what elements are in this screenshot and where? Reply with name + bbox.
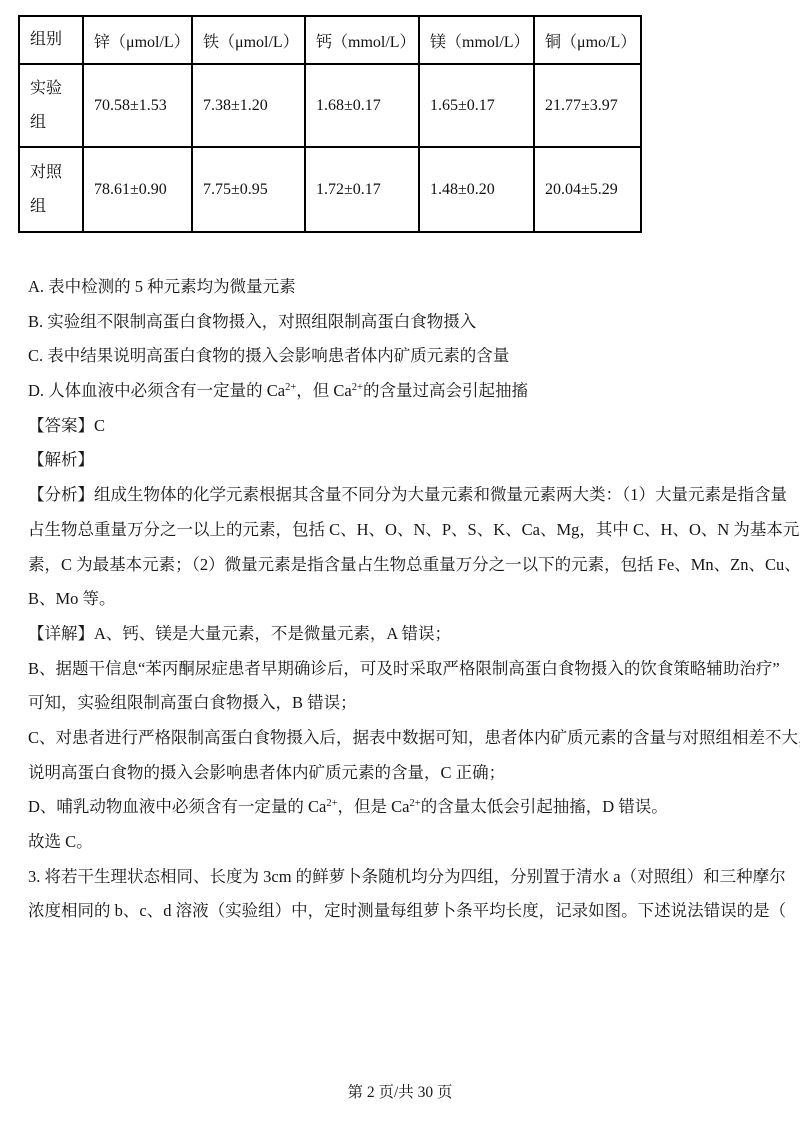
header-group: 组别 bbox=[19, 16, 83, 64]
row-label-control: 对照组 bbox=[19, 147, 83, 232]
option-b: B. 实验组不限制高蛋白食物摄入，对照组限制高蛋白食物摄入 bbox=[28, 305, 780, 340]
mineral-element-table: 组别 锌（μmol/L） 铁（μmol/L） 钙（mmol/L） 镁（mmol/… bbox=[18, 15, 642, 233]
header-zinc: 锌（μmol/L） bbox=[83, 16, 192, 64]
detail-d-text: ，但是 Ca bbox=[338, 797, 410, 816]
cell-exp-zinc: 70.58±1.53 bbox=[83, 64, 192, 147]
conclusion-line: 故选 C。 bbox=[28, 825, 780, 860]
header-copper: 铜（μmo/L） bbox=[534, 16, 641, 64]
cell-exp-iron: 7.38±1.20 bbox=[192, 64, 305, 147]
analysis-line-2: 占生物总重量万分之一以上的元素，包括 C、H、O、N、P、S、K、Ca、Mg，其… bbox=[28, 513, 780, 548]
ca-superscript: 2+ bbox=[285, 382, 296, 393]
option-d-text: ，但 Ca bbox=[296, 381, 351, 400]
cell-exp-copper: 21.77±3.97 bbox=[534, 64, 641, 147]
question3-line-2: 浓度相同的 b、c、d 溶液（实验组）中，定时测量每组萝卜条平均长度，记录如图。… bbox=[28, 894, 780, 929]
cell-ctrl-copper: 20.04±5.29 bbox=[534, 147, 641, 232]
option-a: A. 表中检测的 5 种元素均为微量元素 bbox=[28, 270, 780, 305]
exam-page: 组别 锌（μmol/L） 铁（μmol/L） 钙（mmol/L） 镁（mmol/… bbox=[0, 0, 800, 1128]
cell-ctrl-magnesium: 1.48±0.20 bbox=[419, 147, 534, 232]
cell-ctrl-calcium: 1.72±0.17 bbox=[305, 147, 419, 232]
cell-ctrl-zinc: 78.61±0.90 bbox=[83, 147, 192, 232]
page-number: 第 2 页/共 30 页 bbox=[0, 1080, 800, 1102]
question-body: A. 表中检测的 5 种元素均为微量元素 B. 实验组不限制高蛋白食物摄入，对照… bbox=[28, 270, 780, 929]
option-c: C. 表中结果说明高蛋白食物的摄入会影响患者体内矿质元素的含量 bbox=[28, 339, 780, 374]
cell-exp-magnesium: 1.65±0.17 bbox=[419, 64, 534, 147]
detail-d-text: 的含量太低会引起抽搐，D 错误。 bbox=[421, 797, 668, 816]
header-calcium: 钙（mmol/L） bbox=[305, 16, 419, 64]
detail-line-3: 可知，实验组限制高蛋白食物摄入，B 错误； bbox=[28, 686, 780, 721]
detail-d-text: D、哺乳动物血液中必须含有一定量的 Ca bbox=[28, 797, 326, 816]
table-row-experimental: 实验组 70.58±1.53 7.38±1.20 1.68±0.17 1.65±… bbox=[19, 64, 641, 147]
detail-line-2: B、据题干信息“苯丙酮尿症患者早期确诊后，可及时采取严格限制高蛋白食物摄入的饮食… bbox=[28, 652, 780, 687]
analysis-line-3: 素，C 为最基本元素；（2）微量元素是指含量占生物总重量万分之一以下的元素，包括… bbox=[28, 548, 780, 583]
answer-line: 【答案】C bbox=[28, 409, 780, 444]
detail-line-5: 说明高蛋白食物的摄入会影响患者体内矿质元素的含量，C 正确； bbox=[28, 756, 780, 791]
option-d: D. 人体血液中必须含有一定量的 Ca2+，但 Ca2+的含量过高会引起抽搐 bbox=[28, 374, 780, 409]
ca-superscript: 2+ bbox=[326, 798, 337, 809]
ca-superscript: 2+ bbox=[352, 382, 363, 393]
analysis-line-4: B、Mo 等。 bbox=[28, 582, 780, 617]
question3-line-1: 3. 将若干生理状态相同、长度为 3cm 的鲜萝卜条随机均分为四组，分别置于清水… bbox=[28, 860, 780, 895]
cell-exp-calcium: 1.68±0.17 bbox=[305, 64, 419, 147]
detail-line-4: C、对患者进行严格限制高蛋白食物摄入后，据表中数据可知，患者体内矿质元素的含量与… bbox=[28, 721, 780, 756]
header-iron: 铁（μmol/L） bbox=[192, 16, 305, 64]
cell-ctrl-iron: 7.75±0.95 bbox=[192, 147, 305, 232]
detail-line-1: 【详解】A、钙、镁是大量元素，不是微量元素，A 错误； bbox=[28, 617, 780, 652]
option-d-text: D. 人体血液中必须含有一定量的 Ca bbox=[28, 381, 285, 400]
detail-line-d: D、哺乳动物血液中必须含有一定量的 Ca2+，但是 Ca2+的含量太低会引起抽搐… bbox=[28, 790, 780, 825]
ca-superscript: 2+ bbox=[410, 798, 421, 809]
analysis-line-1: 【分析】组成生物体的化学元素根据其含量不同分为大量元素和微量元素两大类：（1）大… bbox=[28, 478, 780, 513]
row-label-experimental: 实验组 bbox=[19, 64, 83, 147]
table-header-row: 组别 锌（μmol/L） 铁（μmol/L） 钙（mmol/L） 镁（mmol/… bbox=[19, 16, 641, 64]
analysis-title: 【解析】 bbox=[28, 443, 780, 478]
option-d-text: 的含量过高会引起抽搐 bbox=[363, 381, 528, 400]
header-magnesium: 镁（mmol/L） bbox=[419, 16, 534, 64]
table-row-control: 对照组 78.61±0.90 7.75±0.95 1.72±0.17 1.48±… bbox=[19, 147, 641, 232]
